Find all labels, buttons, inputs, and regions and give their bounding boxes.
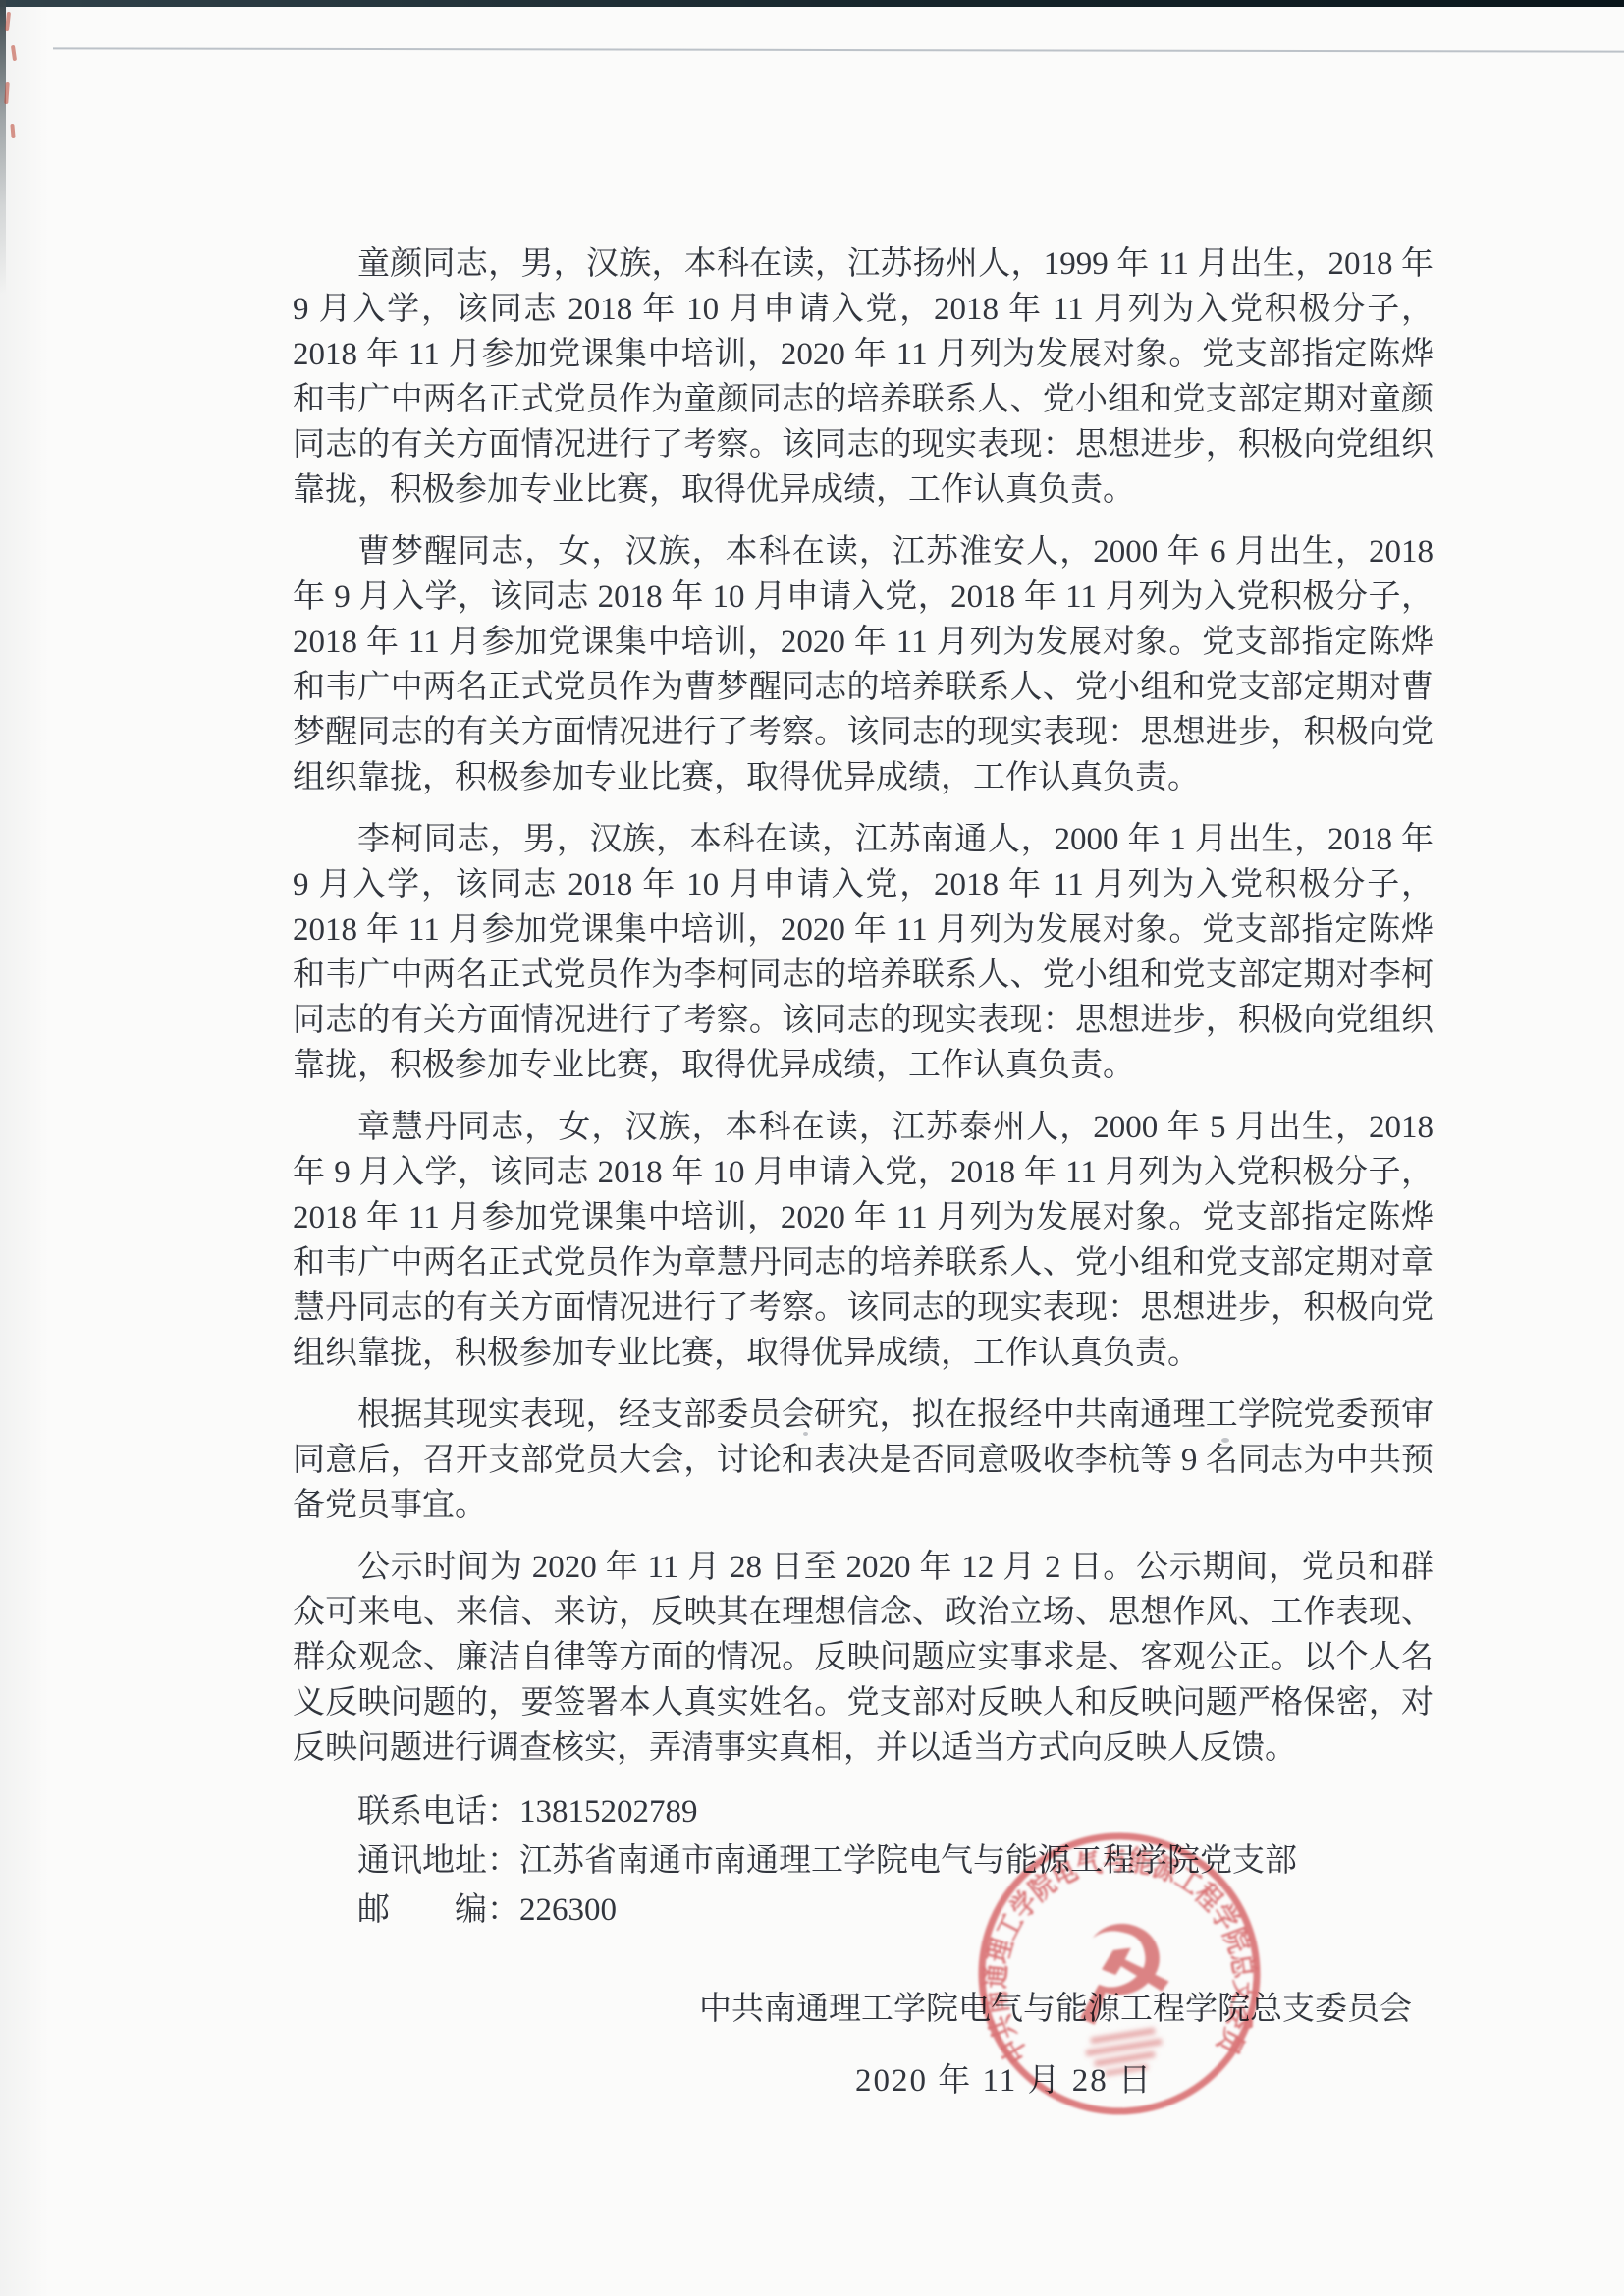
- signature-date-line: 2020 年 11 月 28 日: [293, 2053, 1434, 2108]
- signature-block: 中共南通理工学院电气与能源工程学院总支委员会 2020 年 11 月 28 日: [293, 1982, 1434, 2108]
- scan-left-shadow-band: [0, 0, 49, 2296]
- document-body: 童颜同志，男，汉族，本科在读，江苏扬州人，1999 年 11 月出生，2018 …: [293, 0, 1434, 2125]
- body-paragraph-publicity-period: 公示时间为 2020 年 11 月 28 日至 2020 年 12 月 2 日。…: [293, 1545, 1434, 1771]
- scan-edge-left: [0, 0, 6, 295]
- contact-info: 联系电话：13815202789 通讯地址：江苏省南通市南通理工学院电气与能源工…: [293, 1787, 1434, 1935]
- body-paragraph-caomengxing: 曹梦醒同志，女，汉族，本科在读，江苏淮安人，2000 年 6 月出生，2018 …: [293, 529, 1434, 800]
- contact-phone-line: 联系电话：13815202789: [293, 1787, 1434, 1836]
- contact-address-line: 通讯地址：江苏省南通市南通理工学院电气与能源工程学院党支部: [293, 1836, 1434, 1886]
- signature-org-line: 中共南通理工学院电气与能源工程学院总支委员会: [293, 1982, 1434, 2037]
- contact-postcode-line: 邮 编：226300: [293, 1886, 1434, 1935]
- scanned-document-page: 童颜同志，男，汉族，本科在读，江苏扬州人，1999 年 11 月出生，2018 …: [0, 0, 1624, 2296]
- body-paragraph-like: 李柯同志，男，汉族，本科在读，江苏南通人，2000 年 1 月出生，2018 年…: [293, 817, 1434, 1088]
- body-paragraph-tongyan: 童颜同志，男，汉族，本科在读，江苏扬州人，1999 年 11 月出生，2018 …: [293, 242, 1434, 513]
- body-paragraph-resolution: 根据其现实表现，经支部委员会研究，拟在报经中共南通理工学院党委预审同意后，召开支…: [293, 1393, 1434, 1528]
- body-paragraph-zhanghuidan: 章慧丹同志，女，汉族，本科在读，江苏泰州人，2000 年 5 月出生，2018 …: [293, 1105, 1434, 1376]
